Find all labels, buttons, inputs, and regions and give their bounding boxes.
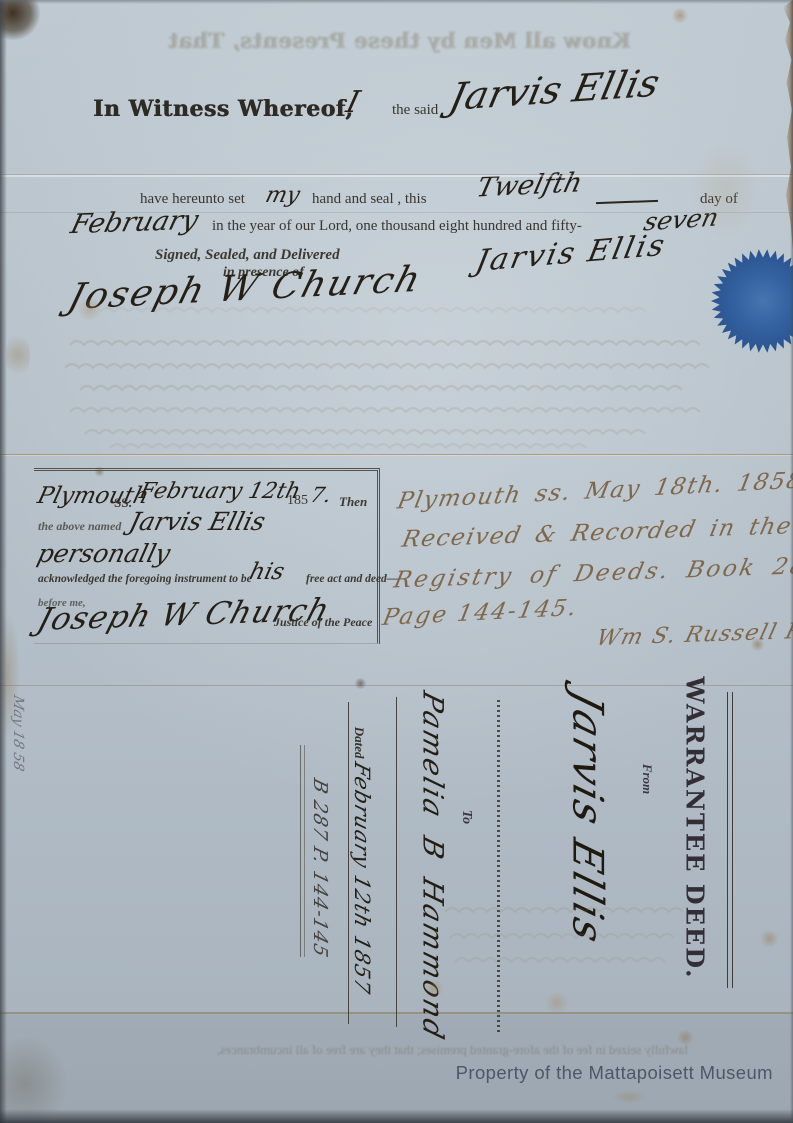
docket-dated-line: Dated February 12th 1857 bbox=[350, 727, 374, 994]
page-edge-left bbox=[0, 0, 7, 1123]
testimonium-hand-seal: hand and seal , this bbox=[312, 191, 427, 208]
docket-to-label: To bbox=[458, 810, 474, 824]
testimonium-day-handwritten: Twelfth bbox=[474, 167, 586, 203]
ack-name-handwritten: Jarvis Ellis bbox=[126, 507, 268, 536]
docket-grantor-signature: Jarvis Ellis bbox=[564, 693, 613, 944]
registrar-signature: Wm S. Russell Reg bbox=[594, 618, 793, 651]
page-edge-bottom bbox=[0, 1109, 793, 1123]
ack-clause-b: free act and deed— bbox=[306, 573, 398, 585]
ack-then: Then bbox=[339, 494, 367, 510]
docket-bookpage-underline bbox=[300, 745, 305, 957]
page-edge-right-tear bbox=[783, 0, 793, 250]
stain bbox=[612, 1090, 646, 1104]
acknowledgment-box: Plymouth SS. February 12th 185 7. Then t… bbox=[34, 468, 380, 644]
fold-line bbox=[0, 455, 793, 456]
museum-watermark: Property of the Mattapoisett Museum bbox=[456, 1062, 773, 1084]
ack-his-handwritten: his bbox=[247, 559, 287, 585]
grantor-signature: Jarvis Ellis bbox=[473, 228, 670, 279]
grantor-name-signature: Jarvis Ellis bbox=[445, 61, 663, 119]
stain bbox=[671, 8, 689, 23]
recording-line3: Registry of Deeds. Book 287 bbox=[391, 553, 793, 594]
testimonium-month-handwritten: February bbox=[68, 205, 202, 240]
docket-from-label: From bbox=[639, 764, 655, 794]
margin-date-note: May 18 58 bbox=[9, 695, 27, 770]
fold-line bbox=[0, 175, 793, 177]
recording-line1: Plymouth ss. May 18th. 1858 bbox=[395, 468, 793, 515]
notary-seal bbox=[711, 249, 793, 353]
docket-wavy-rule bbox=[497, 700, 500, 1034]
bleedthrough-bottom-line: lawfully seized in fee of the afore-gran… bbox=[108, 1042, 688, 1058]
stain bbox=[0, 1036, 67, 1123]
justice-title: Justice of the Peace bbox=[274, 615, 372, 630]
stain bbox=[543, 993, 571, 1012]
docket-title: WARRANTEE DEED. bbox=[681, 677, 710, 980]
docket-book-page: B 287 P. 144-145 bbox=[309, 779, 331, 957]
fold-line bbox=[0, 685, 793, 686]
witness-signature: Joseph W Church bbox=[64, 259, 427, 318]
deed-document-scan: Know all Men by these Presents, That In … bbox=[0, 0, 793, 1123]
fold-line bbox=[0, 1012, 793, 1014]
stain bbox=[6, 330, 30, 380]
blank-line-dash bbox=[596, 200, 658, 204]
fold-line bbox=[0, 174, 793, 175]
docket-dated-underline bbox=[348, 702, 349, 1024]
fold-line bbox=[0, 454, 793, 455]
testimonium-my-handwritten: my bbox=[263, 183, 303, 208]
stain bbox=[354, 678, 367, 689]
docket-dated-value: February 12th 1857 bbox=[350, 759, 374, 997]
ack-date-handwritten: February 12th bbox=[137, 479, 303, 504]
recording-line2: Received & Recorded in the bbox=[400, 513, 793, 552]
page-edge-top bbox=[0, 0, 793, 4]
witness-heading: In Witness Whereof, bbox=[93, 96, 353, 122]
recording-line4: Page 144-145. bbox=[380, 595, 580, 631]
ack-year-handwritten: 7. bbox=[308, 483, 334, 507]
ack-personally-handwritten: personally bbox=[34, 539, 173, 568]
docket-title-double-rule bbox=[727, 692, 733, 988]
docket-grantee-name: Pamelia B Hammond bbox=[417, 692, 450, 1039]
ack-ss: SS. bbox=[114, 495, 132, 511]
attestation-line1: Signed, Sealed, and Delivered bbox=[155, 247, 340, 264]
witness-the-said: the said bbox=[392, 102, 438, 119]
testimonium-year-printed: in the year of our Lord, one thousand ei… bbox=[212, 218, 582, 235]
stain bbox=[761, 928, 778, 949]
ack-county-handwritten: Plymouth bbox=[35, 483, 152, 509]
docket-column-rule bbox=[396, 697, 397, 1027]
ack-clause-a: acknowledged the foregoing instrument to… bbox=[38, 573, 252, 585]
bleedthrough-heading: Know all Men by these Presents, That bbox=[145, 28, 655, 53]
ack-above-named: the above named bbox=[38, 519, 121, 534]
docket-dated-label: Dated bbox=[352, 727, 367, 759]
stain bbox=[0, 0, 40, 42]
ack-year-printed: 185 bbox=[287, 493, 308, 509]
